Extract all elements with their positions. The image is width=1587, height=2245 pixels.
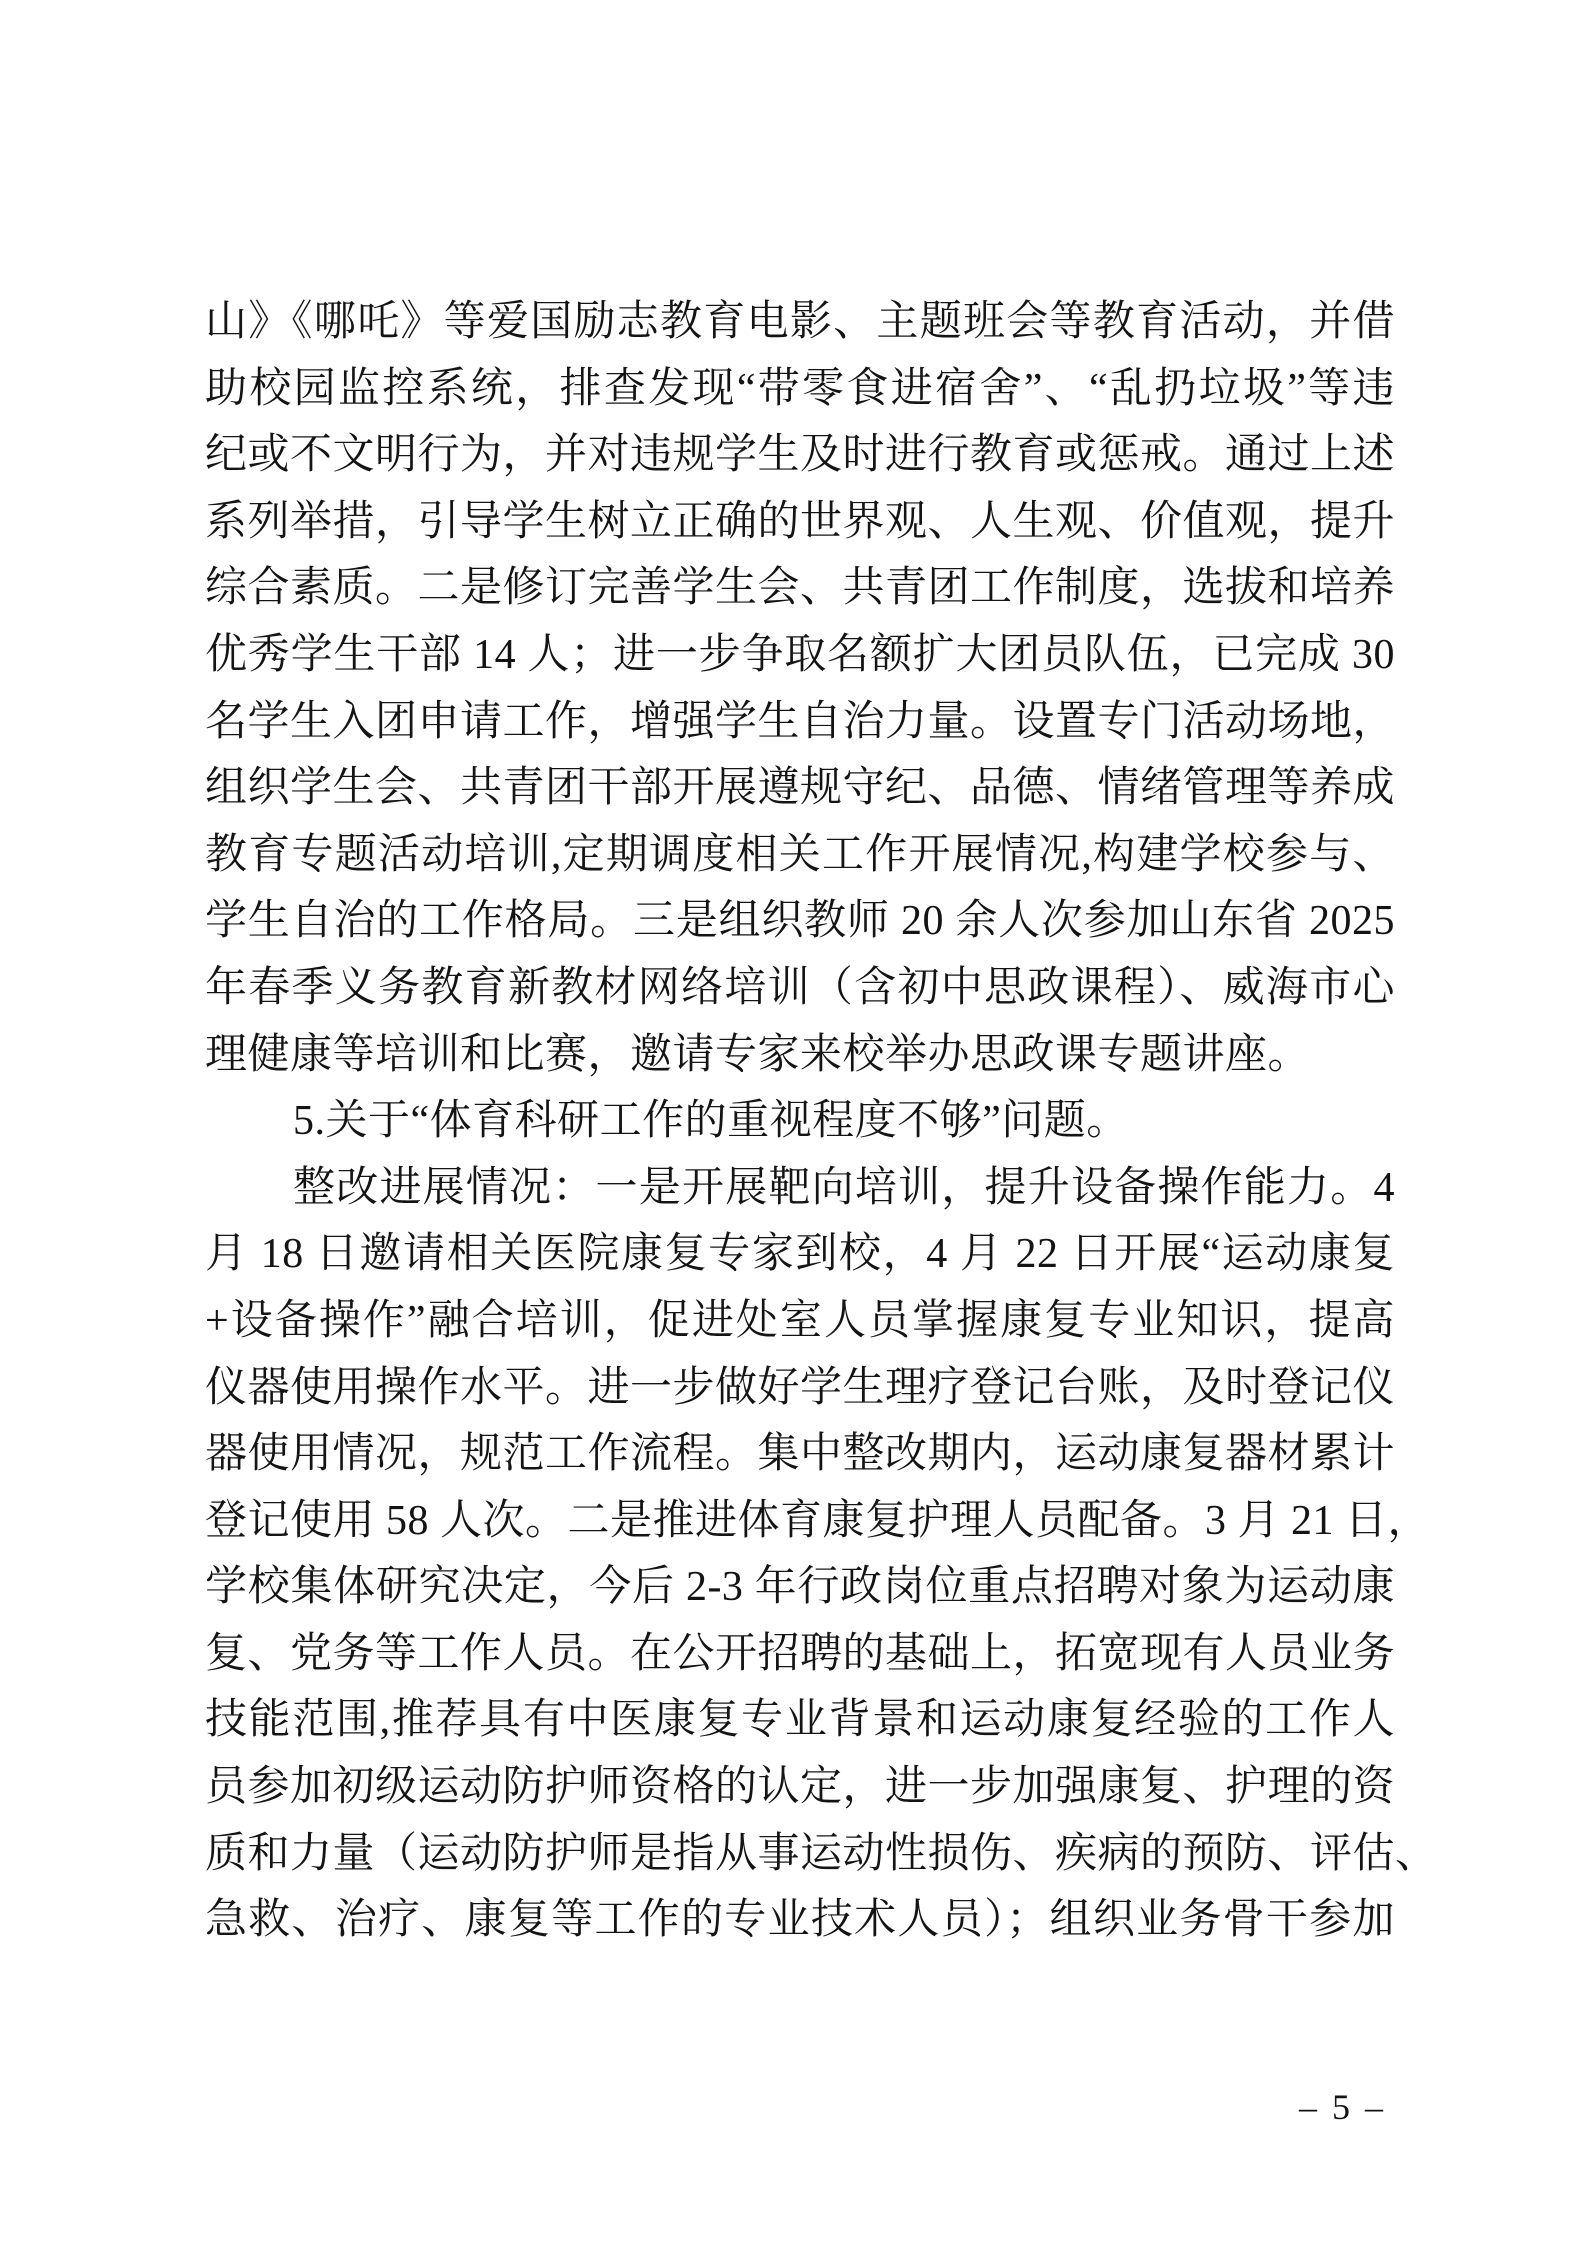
text-line: 综合素质。二是修订完善学生会、共青团工作制度，选拔和培养 [205,555,1395,622]
text-line: 器使用情况，规范工作流程。集中整改期内，运动康复器材累计 [205,1421,1395,1488]
page-number: – 5 – [1250,2082,1435,2132]
text-line: 年春季义务教育新教材网络培训（含初中思政课程）、威海市心 [205,955,1395,1022]
text-line: 复、党务等工作人员。在公开招聘的基础上，拓宽现有人员业务 [205,1621,1395,1688]
text-line section-heading: 5.关于“体育科研工作的重视程度不够”问题。 [205,1088,1395,1155]
text-line: 急救、治疗、康复等工作的专业技术人员）；组织业务骨干参加 [205,1887,1395,1954]
text-line: 组织学生会、共青团干部开展遵规守纪、品德、情绪管理等养成 [205,755,1395,822]
document-page: 山》《哪吒》等爱国励志教育电影、主题班会等教育活动，并借 助校园监控系统，排查发… [0,0,1587,2245]
text-line: 员参加初级运动防护师资格的认定，进一步加强康复、护理的资 [205,1754,1395,1821]
text-line paragraph-start: 整改进展情况：一是开展靶向培训，提升设备操作能力。4 [205,1155,1395,1222]
text-line: 质和力量（运动防护师是指从事运动性损伤、疾病的预防、评估、 [205,1821,1395,1888]
text-line: 登记使用 58 人次。二是推进体育康复护理人员配备。3 月 21 日， [205,1488,1395,1555]
text-line: 纪或不文明行为，并对违规学生及时进行教育或惩戒。通过上述 [205,422,1395,489]
text-line: 系列举措，引导学生树立正确的世界观、人生观、价值观，提升 [205,489,1395,556]
text-line: 名学生入团申请工作，增强学生自治力量。设置专门活动场地， [205,689,1395,756]
text-line: 优秀学生干部 14 人；进一步争取名额扩大团员队伍，已完成 30 [205,622,1395,689]
text-line: 助校园监控系统，排查发现“带零食进宿舍”、“乱扔垃圾”等违 [205,356,1395,423]
text-line: +设备操作”融合培训，促进处室人员掌握康复专业知识，提高 [205,1288,1395,1355]
text-line: 仪器使用操作水平。进一步做好学生理疗登记台账，及时登记仪 [205,1355,1395,1422]
text-line: 学校集体研究决定，今后 2-3 年行政岗位重点招聘对象为运动康 [205,1554,1395,1621]
text-line: 学生自治的工作格局。三是组织教师 20 余人次参加山东省 2025 [205,888,1395,955]
text-line paragraph-end: 理健康等培训和比赛，邀请专家来校举办思政课专题讲座。 [205,1022,1395,1089]
text-line: 技能范围,推荐具有中医康复专业背景和运动康复经验的工作人 [205,1687,1395,1754]
text-line: 山》《哪吒》等爱国励志教育电影、主题班会等教育活动，并借 [205,289,1395,356]
text-line: 月 18 日邀请相关医院康复专家到校，4 月 22 日开展“运动康复 [205,1221,1395,1288]
document-body: 山》《哪吒》等爱国励志教育电影、主题班会等教育活动，并借 助校园监控系统，排查发… [205,289,1395,1954]
text-line: 教育专题活动培训,定期调度相关工作开展情况,构建学校参与、 [205,822,1395,889]
